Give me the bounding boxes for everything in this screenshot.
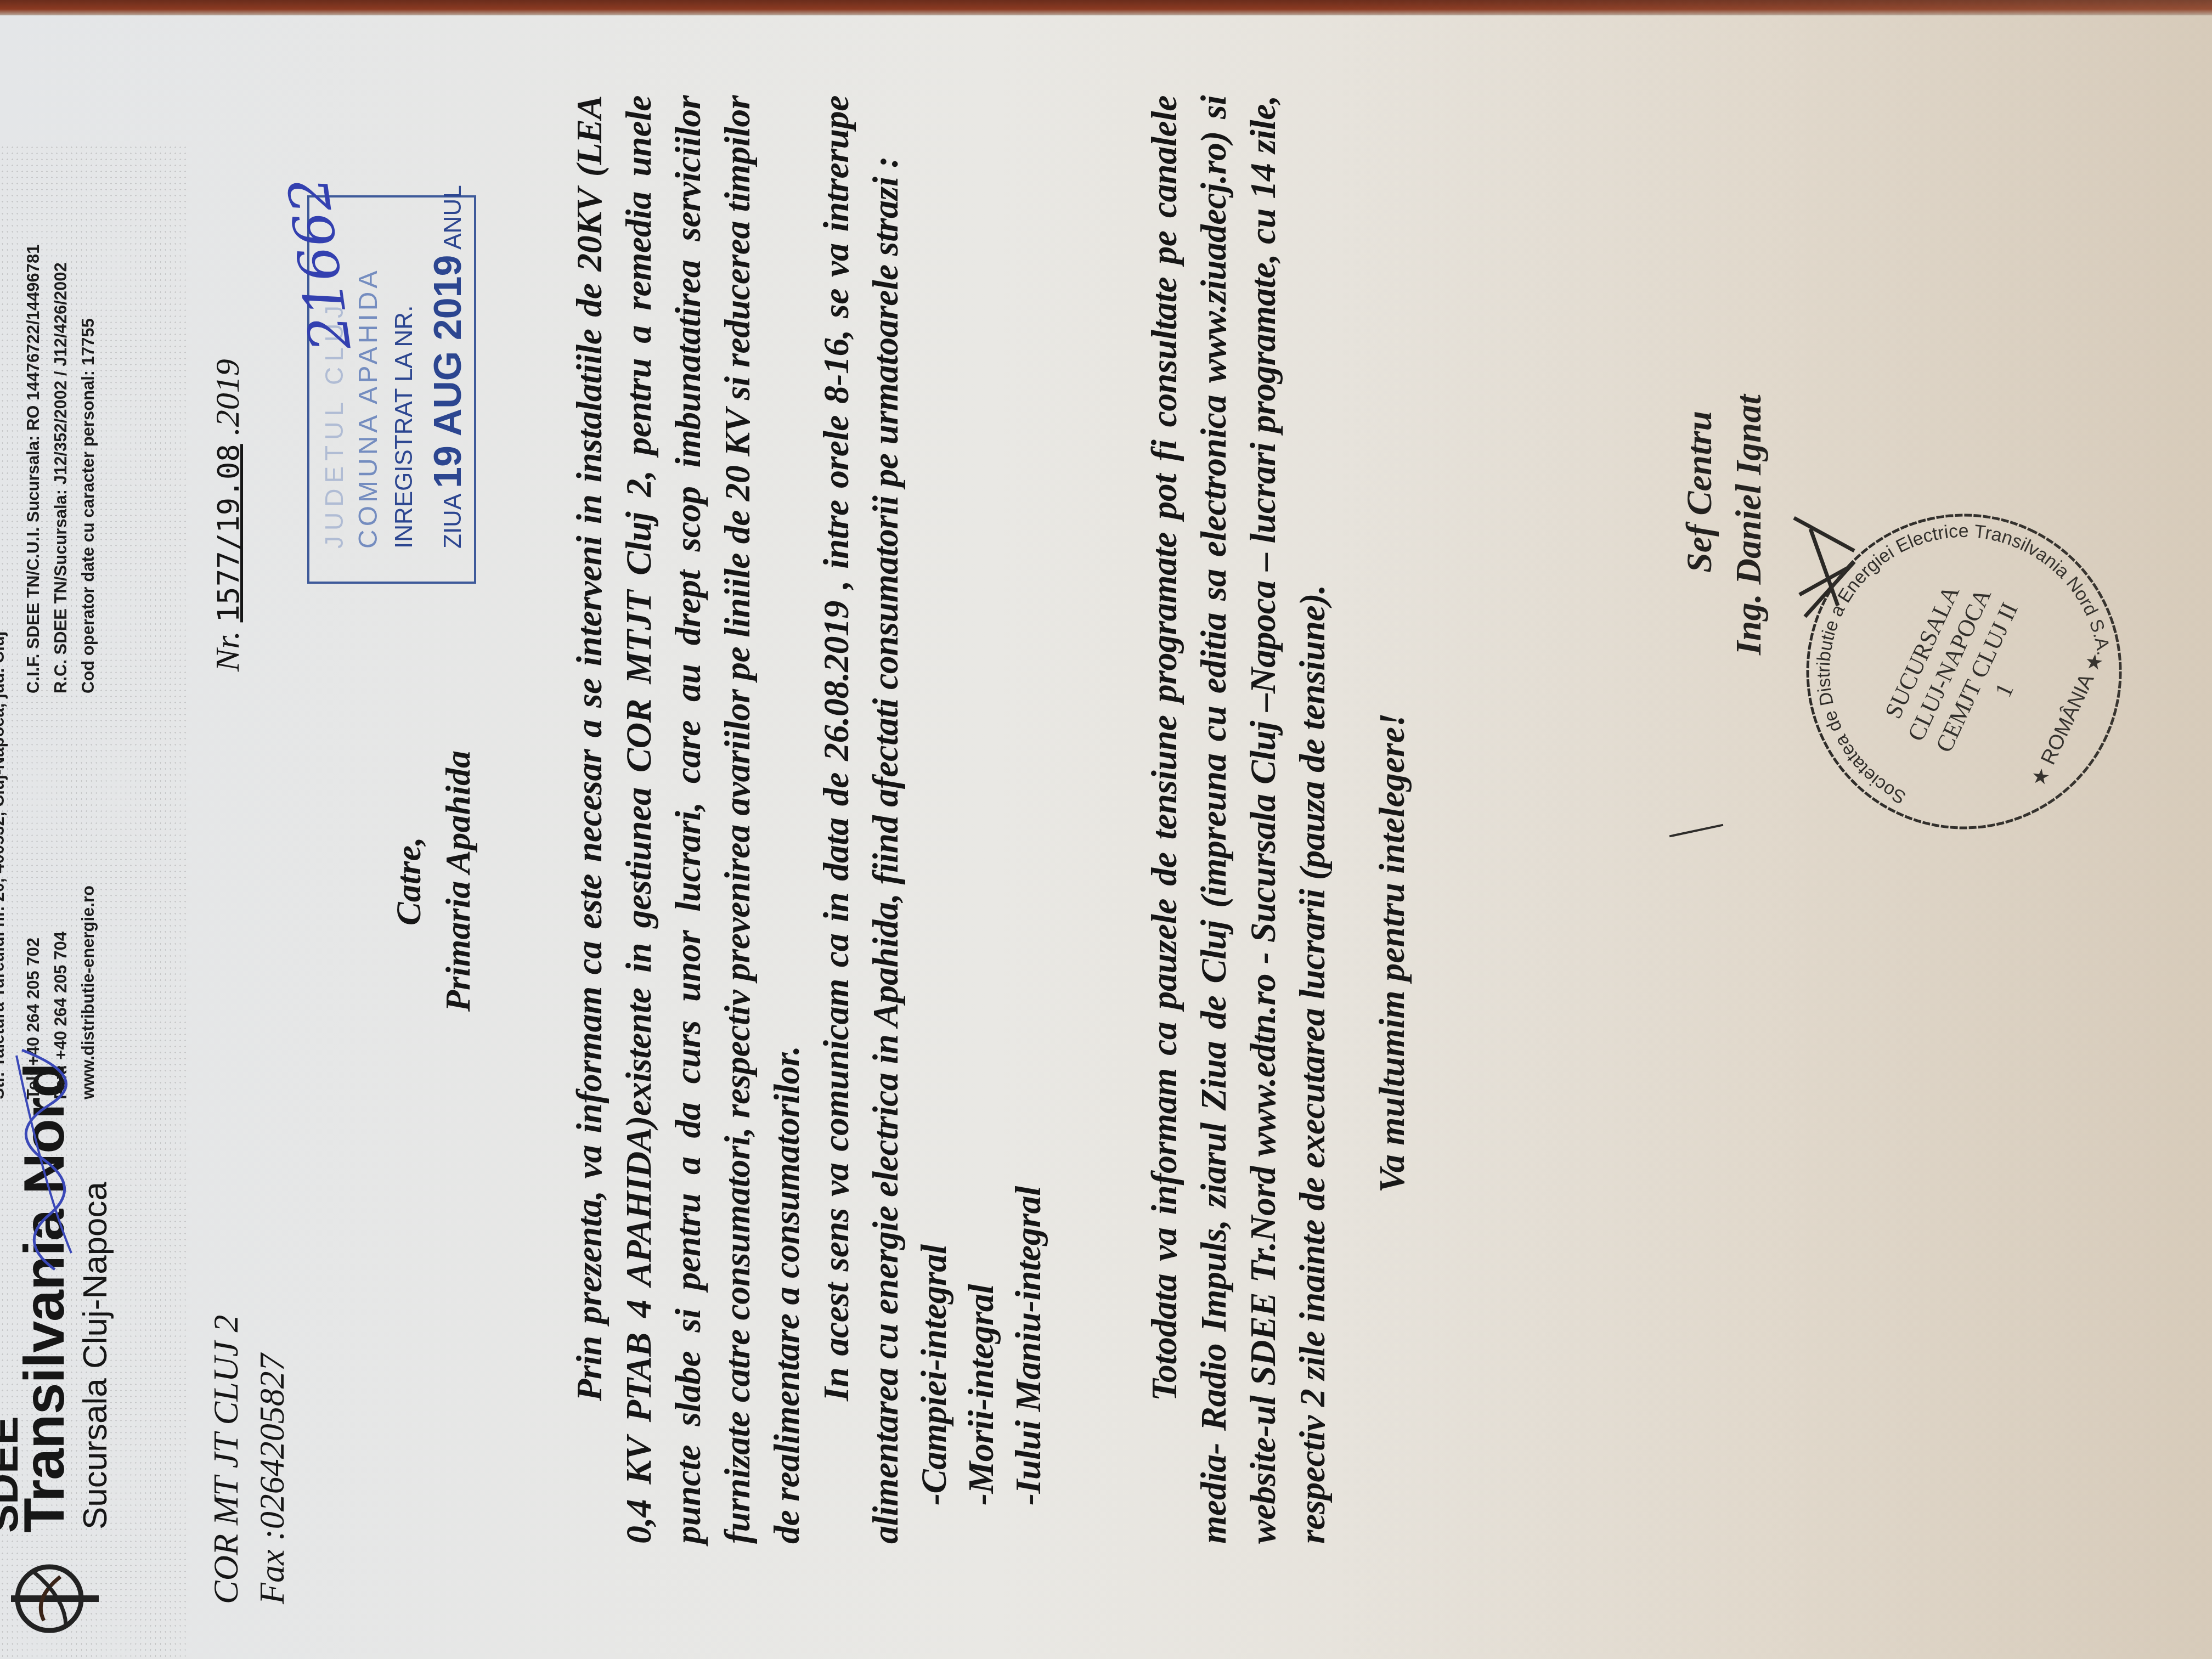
handwritten-annotation-icon [11, 1045, 82, 1275]
paragraph-3: Totodata va informam ca pauzele de tensi… [1140, 95, 1338, 1544]
stamp-registered-number: 21662 [275, 173, 363, 354]
registration-stamp: JUDETUL CLUJ COMUNA APAHIDA INREGISTRAT … [307, 195, 476, 584]
address-text: Str. Taietura Turcului nr. 20, 400532, C… [0, 631, 12, 1099]
paragraph-2: In acest sens va comunicam ca in data de… [812, 95, 911, 1544]
stamp-day-label: ZIUA [439, 495, 466, 549]
reference-handwritten: 1577/19.08 [211, 444, 246, 622]
cif-text: C.I.F. SDEE TN/C.U.I. Sucursala: RO 1447… [20, 245, 47, 693]
stamp-registered: INREGISTRAT LA NR. [391, 306, 418, 549]
affected-streets-list: -Campiei-integral -Morii-integral -Iului… [911, 95, 1052, 1505]
photo-scene: SDEE Transilvania Nord Sucursala Cluj-Na… [0, 0, 2212, 1659]
sdee-logo-icon [0, 1555, 110, 1637]
stamp-year-label: ANUL [439, 185, 466, 249]
recipient-name: Primaria Apahida [433, 751, 483, 1012]
reference-prefix: Nr. [209, 631, 246, 672]
reference-year: .2019 [209, 359, 246, 436]
signatory-name: Ing. Daniel Ignat [1728, 394, 1770, 655]
stamp-date: 19 AUG 2019 [426, 255, 469, 488]
rc-text: R.C. SDEE TN/Sucursala: J12/352/2002 / J… [47, 245, 75, 693]
sender-fax: Fax :0264205827 [249, 1315, 295, 1605]
company-round-stamp: Societatea de Distributie a Energiei Ele… [1799, 507, 2129, 836]
letter-page: SDEE Transilvania Nord Sucursala Cluj-Na… [0, 0, 2212, 1659]
header-legal: C.I.F. SDEE TN/C.U.I. Sucursala: RO 1447… [20, 245, 102, 693]
recipient-block: Catre, Primaria Apahida [384, 751, 483, 1012]
stamp-country: ★ ROMÂNIA ★ [2026, 649, 2109, 791]
street-item: -Morii-integral [958, 95, 1005, 1505]
header-address: Str. Taietura Turcului nr. 20, 400532, C… [0, 631, 12, 1099]
street-item: -Iului Maniu-integral [1005, 95, 1052, 1505]
street-item: -Campiei-integral [911, 95, 958, 1505]
sender-block: COR MT JT CLUJ 2 Fax :0264205827 [203, 1315, 295, 1605]
closing-line: Va multumim pentru intelegere! [1372, 713, 1413, 1193]
reference-number: Nr. 1577/19.08 .2019 [208, 359, 247, 672]
paragraph-1: Prin prezenta, va informam ca este neces… [565, 95, 812, 1544]
stamp-date-line: ZIUA 19 AUG 2019 ANUL [426, 185, 470, 549]
stamp-center-line: 1 [1989, 679, 2019, 702]
operator-code-text: Cod operator date cu caracter personal: … [75, 245, 102, 693]
sender-unit: COR MT JT CLUJ 2 [203, 1315, 249, 1605]
signature-dash [1669, 824, 1724, 838]
recipient-to: Catre, [384, 751, 433, 1012]
stamp-registered-label: INREGISTRAT LA NR. [391, 306, 417, 549]
signatory-role: Sef Centru [1679, 411, 1720, 573]
letter-body: Prin prezenta, va informam ca este neces… [565, 95, 1338, 1544]
